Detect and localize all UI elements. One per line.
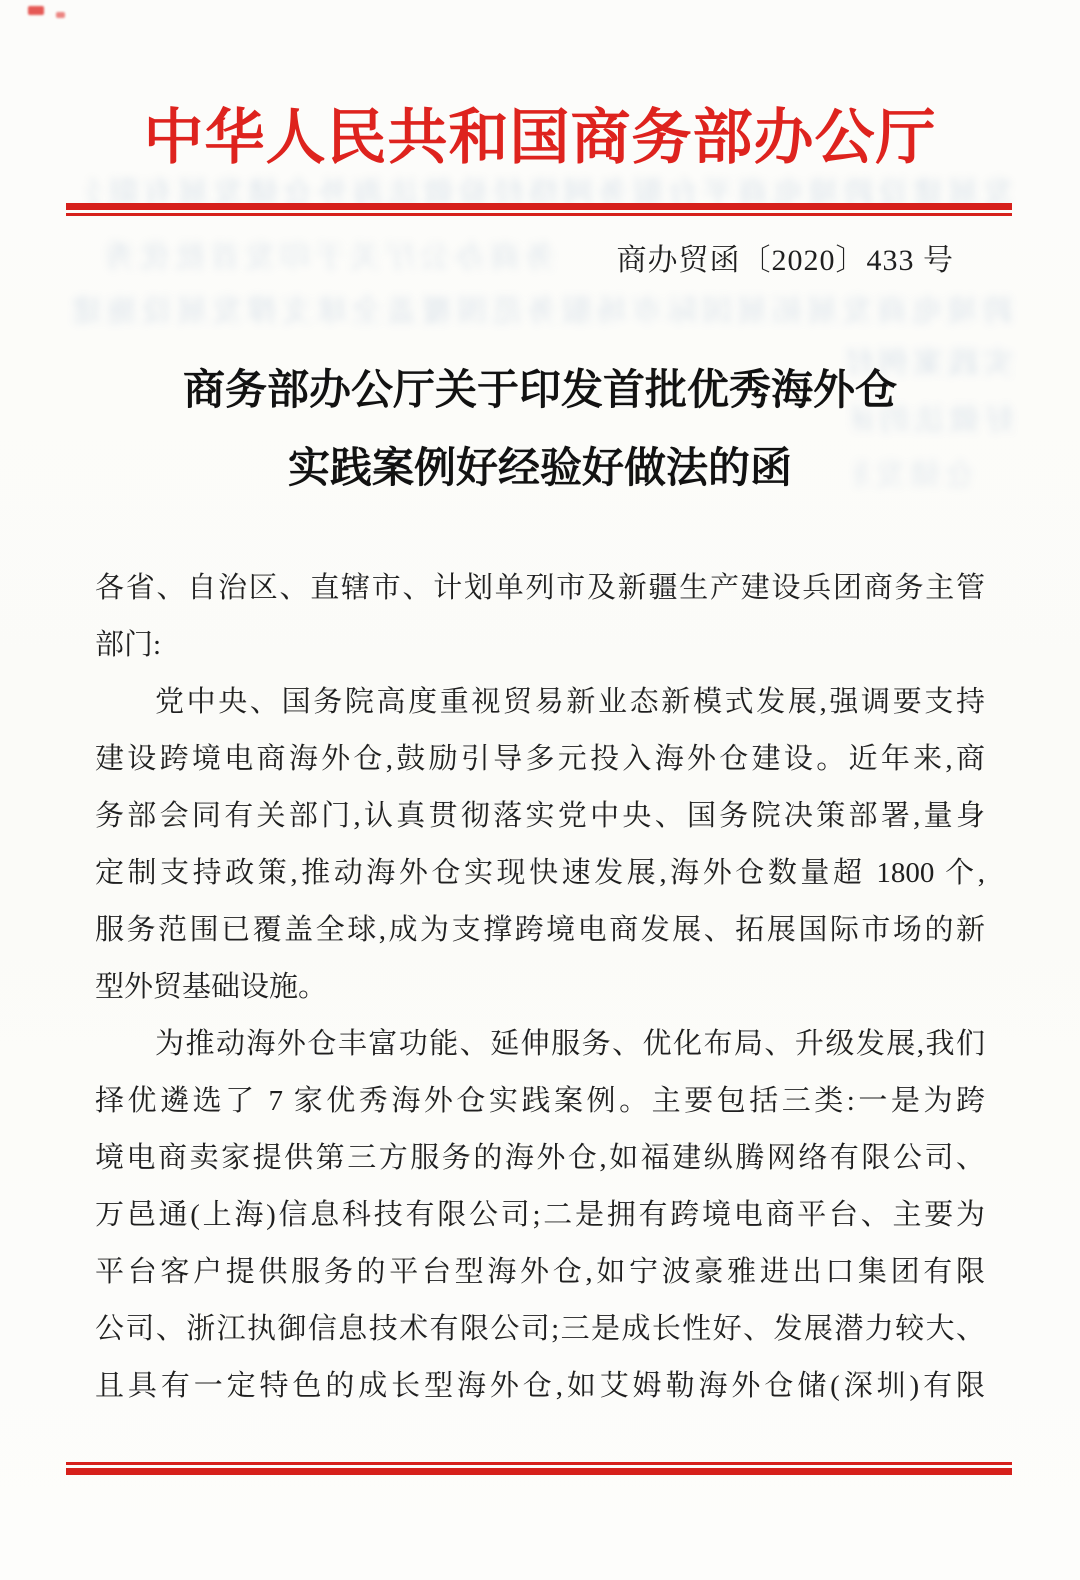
bleedthrough-text: 跨境电商发展拓展国际市场服务范围覆盖全球支撑发展设施建设仓	[72, 286, 1012, 328]
body-line: 择优遴选了 7 家优秀海外仓实践案例。主要包括三类:一是为跨	[95, 1073, 985, 1130]
body-line: 党中央、国务院高度重视贸易新业态新模式发展,强调要支持	[95, 674, 985, 731]
body-line: 且具有一定特色的成长型海外仓,如艾姆勒海外仓储(深圳)有限	[95, 1358, 985, 1415]
body-line: 定制支持政策,推动海外仓实现快速发展,海外仓数量超 1800 个,	[95, 845, 985, 902]
rule-thick-bar	[66, 1468, 1012, 1475]
document-title: 商务部办公厅关于印发首批优秀海外仓 实践案例好经验好做法的函	[0, 352, 1080, 508]
document-page: 发展建设跨境电商平台服务网络经验做法海外仓储发展有限公司印务商办公厅关于印发首批…	[0, 0, 1080, 1580]
body-line: 万邑通(上海)信息科技有限公司;二是拥有跨境电商平台、主要为	[95, 1187, 985, 1244]
body-text: 各省、自治区、直辖市、计划单列市及新疆生产建设兵团商务主管部门:党中央、国务院高…	[95, 560, 985, 1415]
agency-header: 中华人民共和国商务部办公厅	[0, 90, 1080, 176]
document-title-line-2: 实践案例好经验好做法的函	[0, 430, 1080, 508]
scan-speck	[56, 12, 65, 18]
document-number: 商办贸函〔2020〕433 号	[617, 235, 955, 279]
body-line: 各省、自治区、直辖市、计划单列市及新疆生产建设兵团商务主管	[95, 560, 985, 617]
document-title-line-1: 商务部办公厅关于印发首批优秀海外仓	[0, 352, 1080, 430]
body-line: 建设跨境电商海外仓,鼓励引导多元投入海外仓建设。近年来,商	[95, 731, 985, 788]
footer-rule	[66, 1462, 1012, 1475]
rule-thick-bar	[66, 203, 1012, 210]
body-line: 型外贸基础设施。	[95, 959, 985, 1016]
rule-thin-bar	[66, 1462, 1012, 1465]
body-line: 平台客户提供服务的平台型海外仓,如宁波豪雅进出口集团有限	[95, 1244, 985, 1301]
body-line: 公司、浙江执御信息技术有限公司;三是成长性好、发展潜力较大、	[95, 1301, 985, 1358]
body-line: 为推动海外仓丰富功能、延伸服务、优化布局、升级发展,我们	[95, 1016, 985, 1073]
body-line: 境电商卖家提供第三方服务的海外仓,如福建纵腾网络有限公司、	[95, 1130, 985, 1187]
body-line: 部门:	[95, 617, 985, 674]
scan-speck	[28, 6, 44, 15]
bleedthrough-text: 务商办公厅关于印发首批优秀	[70, 232, 555, 274]
rule-thin-bar	[66, 213, 1012, 216]
body-line: 服务范围已覆盖全球,成为支撑跨境电商发展、拓展国际市场的新	[95, 902, 985, 959]
letterhead-rule	[66, 203, 1012, 216]
body-line: 务部会同有关部门,认真贯彻落实党中央、国务院决策部署,量身	[95, 788, 985, 845]
